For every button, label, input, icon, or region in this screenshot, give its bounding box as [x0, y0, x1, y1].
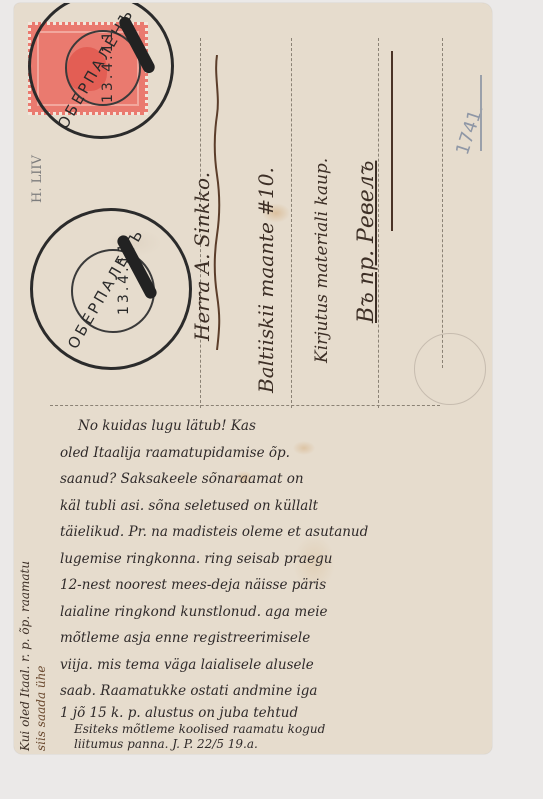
address-line-4: Въ пр. Ревелъ — [354, 161, 379, 323]
postmark-top-date: 13.4.11 — [100, 29, 116, 103]
handwritten-message: No kuidas lugu lätub! Kas oled Itaalija … — [60, 413, 492, 752]
message-line: No kuidas lugu lätub! Kas — [60, 413, 492, 440]
pencil-underline — [480, 75, 482, 151]
message-line: 12-nest noorest mees-deja näisse päris — [60, 572, 492, 599]
pencil-note-right: 1741. — [452, 102, 488, 157]
message-line: laialine ringkond kunstlonud. aga meie — [60, 599, 492, 626]
postcard: ОБЕРПАЛЕНЪ 13.4.11 ОБЕРПАЛЕНЪ 13.4.11 H.… — [14, 3, 492, 754]
message-line: oled Itaalija raamatupidamise õp. — [60, 440, 492, 467]
message-line: käl tubli asi. sõna seletused on küllalt — [60, 493, 492, 520]
message-line: saab. Raamatukke ostati andmine iga — [60, 678, 492, 705]
address-line-2: Baltiiskii maante #10. — [254, 167, 278, 393]
message-line: lugemise ringkonna. ring seisab praegu — [60, 546, 492, 573]
address-guide-line — [291, 38, 292, 408]
message-line: 1 jõ 15 k. p. alustus on juba tehtud — [60, 705, 492, 722]
message-line: viija. mis tema väga laialisele alusele — [60, 652, 492, 679]
address-guide-line — [442, 38, 443, 368]
message-divider — [50, 405, 440, 406]
message-line: täielikud. Pr. na madisteis oleme et asu… — [60, 519, 492, 546]
message-line: liitumus panna. J. P. 22/5 19.a. — [60, 737, 492, 752]
stamp-placeholder-circle — [414, 333, 486, 405]
address-line-3: Kirjutus materiali kaup. — [312, 158, 332, 363]
underline-ink — [386, 51, 398, 231]
margin-note-line-1: Kui oled Itaal. r. p. õp. raamatu — [18, 561, 32, 751]
address-line-1: Herra A. Sinkko. — [190, 172, 214, 341]
pencil-note-left: H. LIIV — [30, 155, 45, 203]
message-line: saanud? Saksakeele sõnaraamat on — [60, 466, 492, 493]
message-line: mõtleme asja enne registreerimisele — [60, 625, 492, 652]
margin-note-line-2: siis saada ühe — [34, 666, 48, 751]
message-line: Esiteks mõtleme koolised raamatu kogud — [60, 722, 492, 737]
